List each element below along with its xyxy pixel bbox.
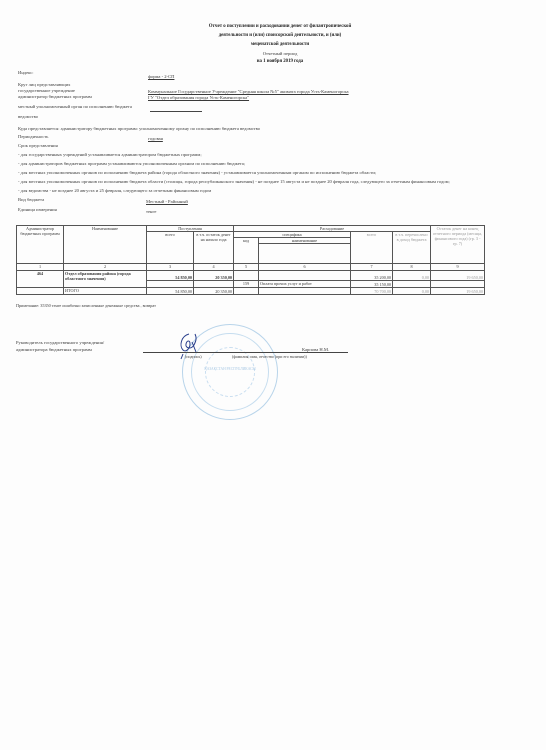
header-spend-total: всего <box>351 232 393 264</box>
total-empty <box>259 288 351 295</box>
header-spend-transfer: в т.ч. перечислено в доход бюджета <box>393 232 431 264</box>
signer-role-1: Руководитель государственного учреждения… <box>16 340 104 345</box>
table-row: 464 Отдел образования района (города обл… <box>17 271 485 281</box>
row-receipts-incl: 20 350,00 <box>194 271 234 281</box>
sub-empty <box>393 281 431 288</box>
deadline-item: - для государственных учреждений устанав… <box>18 152 202 157</box>
sub-empty <box>194 281 234 288</box>
col-number: 6 <box>259 264 351 271</box>
submit-to: Куда представляется: администратору бюдж… <box>18 126 260 131</box>
stamp-text: ҚАЗАҚСТАН РЕСПУБЛИКАСЫ <box>183 367 277 371</box>
total-label: ИТОГО <box>64 288 147 295</box>
institution-name: Коммунальное Государственное Учреждение … <box>148 89 349 94</box>
total-spend-transfer: 0,00 <box>393 288 431 295</box>
authorized-body-label: местный уполномоченный орган по исполнен… <box>18 104 132 109</box>
total-spend-total: 70 700,00 <box>351 288 393 295</box>
row-code-empty <box>234 271 259 281</box>
header-receipts-total: всего <box>147 232 194 264</box>
row-remainder: 19 650,00 <box>431 271 485 281</box>
row-receipts-total: 54 850,00 <box>147 271 194 281</box>
report-table: Администратор бюджетных программ Наимено… <box>16 225 485 295</box>
col-number: 9 <box>431 264 485 271</box>
sub-empty <box>431 281 485 288</box>
col-number: 8 <box>393 264 431 271</box>
recipients-label-2: государственное учреждение <box>18 88 75 93</box>
total-remainder: 19 650,00 <box>431 288 485 295</box>
sub-spec-name: Оплата прочих услуг и работ <box>259 281 351 288</box>
signer-role-2: администратора бюджетных программ <box>16 347 92 352</box>
document-page: Отчет о поступлении и расходовании денег… <box>0 0 546 750</box>
total-empty <box>234 288 259 295</box>
col-number: 5 <box>234 264 259 271</box>
deadline-item: - для ведомства - не позднее 20 августа … <box>18 188 211 193</box>
row-admin: 464 <box>17 271 64 288</box>
total-empty <box>17 288 64 295</box>
col-number: 7 <box>351 264 393 271</box>
table-note: Примечание: 35350 тенге ошибочно зачисле… <box>16 303 156 308</box>
total-receipts-incl: 20 350,00 <box>194 288 234 295</box>
col-number: 4 <box>194 264 234 271</box>
index-label: Индекс: <box>18 70 34 75</box>
signer-name: Карпова Н.М. <box>302 347 329 352</box>
sub-empty <box>147 281 194 288</box>
period-label: Отчетный период <box>150 51 410 56</box>
recipients-label-1: Круг лиц представляющих <box>18 82 70 87</box>
periodicity-value: годовая <box>148 136 163 141</box>
header-receipts-incl: в т.ч. остаток денег на начало года <box>194 232 234 264</box>
sub-spend-total: 35 150,00 <box>351 281 393 288</box>
period-value: на 1 ноября 2019 года <box>150 59 410 64</box>
col-number: 3 <box>147 264 194 271</box>
col-number: 1 <box>17 264 64 271</box>
deadline-item: - для местных уполномоченных органов по … <box>18 179 450 184</box>
agency-label: ведомство <box>18 114 38 119</box>
recipients-label-3: администратор бюджетных программ <box>18 94 92 99</box>
total-receipts-total: 54 850,00 <box>147 288 194 295</box>
unit-value: тенге <box>146 209 156 214</box>
deadline-item: - для администраторов бюджетных программ… <box>18 161 245 166</box>
deadline-item: - для местных уполномоченных органов по … <box>18 170 376 175</box>
signature-caption: (подпись) <box>185 354 202 359</box>
header-spacer <box>259 244 351 264</box>
report-title-line-3: меценатской деятельности <box>150 42 410 47</box>
row-name: Отдел образования района (города областн… <box>64 271 147 288</box>
periodicity-label: Периодичность <box>18 134 48 139</box>
header-remainder: Остаток денег на конец отчетного периода… <box>431 226 485 264</box>
index-value: форма - 2-СП <box>148 74 174 79</box>
report-title-line-1: Отчет о поступлении и расходовании денег… <box>150 24 410 29</box>
department-name: ГУ "Отдел образования города Усть-Камено… <box>148 95 249 100</box>
header-code: код <box>234 238 259 264</box>
row-spec-empty <box>259 271 351 281</box>
name-caption: (фамилия, имя, отчество (при его наличии… <box>232 354 307 359</box>
header-admin: Администратор бюджетных программ <box>17 226 64 264</box>
header-name: Наименование <box>64 226 147 264</box>
col-number: 2 <box>64 264 147 271</box>
budget-type-value: Местный - Районный <box>146 199 188 204</box>
row-spend-total: 35 200,00 <box>351 271 393 281</box>
budget-type-label: Вид бюджета <box>18 197 44 202</box>
row-spend-transfer: 0,00 <box>393 271 431 281</box>
authorized-body-blank <box>150 111 202 112</box>
unit-label: Единица измерения <box>18 207 57 212</box>
total-row: ИТОГО 54 850,00 20 350,00 70 700,00 0,00… <box>17 288 485 295</box>
report-title-line-2: деятельности и (или) спонсорской деятель… <box>150 33 410 38</box>
deadline-label: Срок представления <box>18 143 58 148</box>
sub-code: 159 <box>234 281 259 288</box>
